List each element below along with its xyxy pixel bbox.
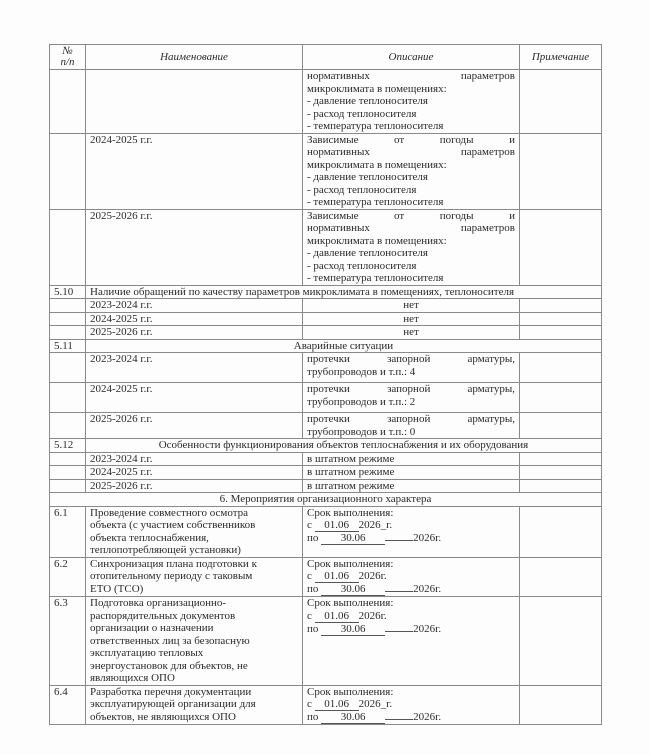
name-line: Разработка перечня документации <box>90 686 298 699</box>
from-year: 2026_г. <box>359 519 393 531</box>
cell-name: 2024-2025 г.г. <box>86 466 303 480</box>
header-num-line1: № <box>62 45 72 57</box>
deadline-to: по 30.062026г. <box>307 583 515 596</box>
cell-note <box>520 479 602 493</box>
cell-name: 2023-2024 г.г. <box>86 353 303 383</box>
cell-name: Подготовка организационно- распорядитель… <box>86 597 303 686</box>
cell-name: Проведение совместного осмотра объекта (… <box>86 506 303 557</box>
desc-line: трубопроводов и т.п.: 4 <box>307 366 515 379</box>
name-line: отопительному периоду с таковым <box>90 570 298 583</box>
name-line: эксплуатирующей организации для <box>90 698 298 711</box>
desc-line: нормативных параметров <box>307 146 515 159</box>
cell-name: 2023-2024 г.г. <box>86 299 303 313</box>
from-year: 2026г. <box>359 610 387 622</box>
cell-num <box>50 353 86 383</box>
to-year: 2026г. <box>413 532 441 544</box>
cell-num: 5.12 <box>50 439 86 453</box>
cell-description: протечки запорной арматуры, трубопроводо… <box>303 413 520 439</box>
section-title: Аварийные ситуации <box>86 339 602 353</box>
cell-name: 2024-2025 г.г. <box>86 133 303 209</box>
cell-description: протечки запорной арматуры, трубопроводо… <box>303 383 520 413</box>
cell-note <box>520 326 602 340</box>
cell-note <box>520 70 602 134</box>
to-date: 30.06 <box>321 533 385 545</box>
cell-note <box>520 506 602 557</box>
table-row: 2025-2026 г.г. в штатном режиме <box>50 479 602 493</box>
table-row: 6.3 Подготовка организационно- распоряди… <box>50 597 602 686</box>
name-line: объекта теплоснабжения, <box>90 532 298 545</box>
cell-note <box>520 466 602 480</box>
section-row-5-12: 5.12 Особенности функционирования объект… <box>50 439 602 453</box>
cell-description: нет <box>303 299 520 313</box>
table-row: 2023-2024 г.г. в штатном режиме <box>50 452 602 466</box>
cell-description: нет <box>303 326 520 340</box>
document-page: № п/п Наименование Описание Примечание н… <box>0 0 650 755</box>
deadline-label: Срок выполнения: <box>307 558 515 571</box>
cell-note <box>520 597 602 686</box>
desc-line: - расход теплоносителя <box>307 260 515 273</box>
cell-note <box>520 133 602 209</box>
name-line: организации о назначении <box>90 622 298 635</box>
table-row: 2024-2025 г.г. в штатном режиме <box>50 466 602 480</box>
desc-line: - расход теплоносителя <box>307 184 515 197</box>
cell-note <box>520 383 602 413</box>
to-blank <box>385 631 413 632</box>
cell-name <box>86 70 303 134</box>
cell-num <box>50 133 86 209</box>
section-heading-row-6: 6. Мероприятия организационного характер… <box>50 493 602 507</box>
table-row: 6.4 Разработка перечня документации эксп… <box>50 685 602 725</box>
name-line: теплопотребляющей установки) <box>90 544 298 557</box>
cell-name: 2025-2026 г.г. <box>86 209 303 285</box>
desc-line: Зависимые от погоды и <box>307 134 515 147</box>
cell-num <box>50 452 86 466</box>
deadline-from: с 01.062026_г. <box>307 698 515 711</box>
cell-note <box>520 209 602 285</box>
cell-name: 2023-2024 г.г. <box>86 452 303 466</box>
table-row: 2023-2024 г.г. протечки запорной арматур… <box>50 353 602 383</box>
from-date: 01.06 <box>315 699 359 711</box>
desc-line: - давление теплоносителя <box>307 95 515 108</box>
desc-line: микроклимата в помещениях: <box>307 159 515 172</box>
to-year: 2026г. <box>413 583 441 595</box>
to-date: 30.06 <box>321 584 385 596</box>
deadline-label: Срок выполнения: <box>307 597 515 610</box>
desc-line: нормативных параметров <box>307 70 515 83</box>
cell-name: 2024-2025 г.г. <box>86 312 303 326</box>
desc-line: протечки запорной арматуры, <box>307 413 515 426</box>
table-row: 2025-2026 г.г. нет <box>50 326 602 340</box>
section-row-5-11: 5.11 Аварийные ситуации <box>50 339 602 353</box>
cell-description: в штатном режиме <box>303 479 520 493</box>
table-row: 6.1 Проведение совместного осмотра объек… <box>50 506 602 557</box>
name-line: объектов, не являющихся ОПО <box>90 711 298 724</box>
from-prefix: с <box>307 570 312 582</box>
cell-num <box>50 312 86 326</box>
cell-num <box>50 209 86 285</box>
to-year: 2026г. <box>413 623 441 635</box>
cell-name: 2024-2025 г.г. <box>86 383 303 413</box>
cell-deadline: Срок выполнения: с 01.062026г. по 30.062… <box>303 597 520 686</box>
cell-num <box>50 466 86 480</box>
to-year: 2026г. <box>413 711 441 723</box>
to-blank <box>385 540 413 541</box>
header-num-line2: п/п <box>60 56 74 68</box>
desc-line: протечки запорной арматуры, <box>307 353 515 366</box>
deadline-to: по 30.062026г. <box>307 532 515 545</box>
table-row: нормативных параметров микроклимата в по… <box>50 70 602 134</box>
cell-description: в штатном режиме <box>303 452 520 466</box>
cell-deadline: Срок выполнения: с 01.062026_г. по 30.06… <box>303 506 520 557</box>
name-line: ЕТО (ТСО) <box>90 583 298 596</box>
desc-line: - температура теплоносителя <box>307 196 515 209</box>
cell-deadline: Срок выполнения: с 01.062026г. по 30.062… <box>303 557 520 597</box>
table-row: 2023-2024 г.г. нет <box>50 299 602 313</box>
to-prefix: по <box>307 532 318 544</box>
cell-num: 6.4 <box>50 685 86 725</box>
table-row: 2024-2025 г.г. нет <box>50 312 602 326</box>
name-line: Синхронизация плана подготовки к <box>90 558 298 571</box>
cell-num <box>50 326 86 340</box>
to-date: 30.06 <box>321 712 385 724</box>
heat-supply-table: № п/п Наименование Описание Примечание н… <box>49 44 602 725</box>
table-row: 2024-2025 г.г. протечки запорной арматур… <box>50 383 602 413</box>
cell-num: 5.10 <box>50 285 86 299</box>
table-row: 2024-2025 г.г. Зависимые от погоды и нор… <box>50 133 602 209</box>
deadline-from: с 01.062026г. <box>307 570 515 583</box>
from-prefix: с <box>307 610 312 622</box>
deadline-label: Срок выполнения: <box>307 507 515 520</box>
desc-line: нормативных параметров <box>307 222 515 235</box>
name-line: Подготовка организационно- <box>90 597 298 610</box>
from-prefix: с <box>307 698 312 710</box>
header-description: Описание <box>303 45 520 70</box>
cell-description: в штатном режиме <box>303 466 520 480</box>
table-row: 2025-2026 г.г. Зависимые от погоды и нор… <box>50 209 602 285</box>
desc-line: трубопроводов и т.п.: 0 <box>307 426 515 439</box>
cell-num <box>50 299 86 313</box>
header-name: Наименование <box>86 45 303 70</box>
deadline-to: по 30.062026г. <box>307 711 515 724</box>
to-blank <box>385 591 413 592</box>
cell-name: 2025-2026 г.г. <box>86 479 303 493</box>
cell-num <box>50 479 86 493</box>
table-row: 2025-2026 г.г. протечки запорной арматур… <box>50 413 602 439</box>
section-row-5-10: 5.10 Наличие обращений по качеству парам… <box>50 285 602 299</box>
desc-line: - давление теплоносителя <box>307 247 515 260</box>
cell-num: 6.2 <box>50 557 86 597</box>
desc-line: трубопроводов и т.п.: 2 <box>307 396 515 409</box>
header-num: № п/п <box>50 45 86 70</box>
to-prefix: по <box>307 583 318 595</box>
section-title: Наличие обращений по качеству параметров… <box>86 285 602 299</box>
cell-note <box>520 452 602 466</box>
cell-name: 2025-2026 г.г. <box>86 413 303 439</box>
from-year: 2026г. <box>359 570 387 582</box>
desc-line: протечки запорной арматуры, <box>307 383 515 396</box>
cell-note <box>520 353 602 383</box>
to-blank <box>385 719 413 720</box>
cell-num <box>50 70 86 134</box>
section-6-title: 6. Мероприятия организационного характер… <box>50 493 602 507</box>
cell-num <box>50 413 86 439</box>
cell-description: Зависимые от погоды и нормативных параме… <box>303 133 520 209</box>
cell-note <box>520 299 602 313</box>
desc-line: - температура теплоносителя <box>307 272 515 285</box>
header-note: Примечание <box>520 45 602 70</box>
cell-num: 6.1 <box>50 506 86 557</box>
from-year: 2026_г. <box>359 698 393 710</box>
name-line: Проведение совместного осмотра <box>90 507 298 520</box>
cell-note <box>520 312 602 326</box>
desc-line: микроклимата в помещениях: <box>307 83 515 96</box>
to-prefix: по <box>307 623 318 635</box>
to-prefix: по <box>307 711 318 723</box>
desc-line: микроклимата в помещениях: <box>307 235 515 248</box>
cell-name: Разработка перечня документации эксплуат… <box>86 685 303 725</box>
cell-deadline: Срок выполнения: с 01.062026_г. по 30.06… <box>303 685 520 725</box>
deadline-from: с 01.062026г. <box>307 610 515 623</box>
cell-name: Синхронизация плана подготовки к отопите… <box>86 557 303 597</box>
cell-num: 6.3 <box>50 597 86 686</box>
cell-name: 2025-2026 г.г. <box>86 326 303 340</box>
desc-line: - расход теплоносителя <box>307 108 515 121</box>
desc-line: - температура теплоносителя <box>307 120 515 133</box>
from-prefix: с <box>307 519 312 531</box>
name-line: распорядительных документов <box>90 610 298 623</box>
deadline-to: по 30.062026г. <box>307 623 515 636</box>
name-line: энергоустановок для объектов, не <box>90 660 298 673</box>
cell-description: Зависимые от погоды и нормативных параме… <box>303 209 520 285</box>
name-line: ответственных лиц за безопасную <box>90 635 298 648</box>
cell-num <box>50 383 86 413</box>
name-line: являющихся ОПО <box>90 672 298 685</box>
cell-note <box>520 413 602 439</box>
from-date: 01.06 <box>315 611 359 623</box>
cell-num: 5.11 <box>50 339 86 353</box>
deadline-from: с 01.062026_г. <box>307 519 515 532</box>
section-title: Особенности функционирования объектов те… <box>86 439 602 453</box>
cell-note <box>520 685 602 725</box>
cell-description: нет <box>303 312 520 326</box>
cell-description: протечки запорной арматуры, трубопроводо… <box>303 353 520 383</box>
desc-line: Зависимые от погоды и <box>307 210 515 223</box>
from-date: 01.06 <box>315 520 359 532</box>
cell-description: нормативных параметров микроклимата в по… <box>303 70 520 134</box>
deadline-label: Срок выполнения: <box>307 686 515 699</box>
name-line: объекта (с участием собственников <box>90 519 298 532</box>
table-row: 6.2 Синхронизация плана подготовки к ото… <box>50 557 602 597</box>
to-date: 30.06 <box>321 624 385 636</box>
table-header-row: № п/п Наименование Описание Примечание <box>50 45 602 70</box>
cell-note <box>520 557 602 597</box>
name-line: эксплуатацию тепловых <box>90 647 298 660</box>
from-date: 01.06 <box>315 571 359 583</box>
desc-line: - давление теплоносителя <box>307 171 515 184</box>
